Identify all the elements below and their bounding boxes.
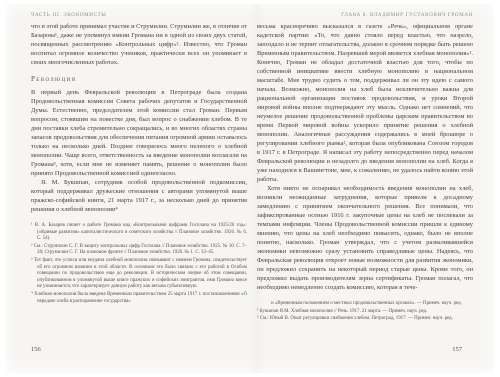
page-number-left: 156	[31, 346, 41, 353]
footnotes-block-left: ¹ В. А. Базаров пишет о работе Громана н…	[31, 223, 247, 305]
running-head-right: ГЛАВА 8. ВЛАДИМИР ГУСТАВОВИЧ ГРОМАН	[257, 13, 473, 18]
page-right: ГЛАВА 8. ВЛАДИМИР ГУСТАВОВИЧ ГРОМАН весь…	[250, 4, 494, 373]
footnote: ¹ Букшпан Я.М. Хлебная монополия // Речь…	[257, 309, 473, 316]
body-paragraph-continuation: весьма красноречиво высказался в газете …	[257, 22, 473, 184]
page-number-right: 157	[452, 346, 462, 353]
running-head-left: ЧАСТЬ III. ЭКОНОМИСТЫ	[31, 13, 247, 18]
footnotes-block-right: и «Временным положением о местных продов…	[257, 301, 473, 323]
body-paragraph: Хотя никто не оспаривал необходимость вв…	[257, 184, 473, 292]
footnote: ¹ В. А. Базаров пишет о работе Громана н…	[31, 223, 247, 243]
book-spread: ЧАСТЬ III. ЭКОНОМИСТЫ что в этой работе …	[6, 4, 494, 373]
section-heading: Революция	[31, 75, 247, 83]
footnote-continuation: и «Временным положением о местных продов…	[257, 301, 473, 308]
footnote: ⁴ Хлебная монополия была введена Временн…	[31, 292, 247, 305]
footnote: ³ Тот факт, что успехи или неудачи хлебн…	[31, 258, 247, 291]
footnote: ² См.: Юный В. Опыт регулировки снабжени…	[257, 316, 473, 323]
body-paragraph: В первый день Февральской революции в Пе…	[31, 88, 247, 178]
body-paragraph: Я. М. Букшпан, сотрудник особой продовол…	[31, 178, 247, 214]
footnote: ² См.: Струмилин С. Г. В защиту контроль…	[31, 244, 247, 257]
body-paragraph-continuation: что в этой работе принимал участие и Стр…	[31, 22, 247, 67]
book-scan: ЧАСТЬ III. ЭКОНОМИСТЫ что в этой работе …	[0, 0, 500, 377]
page-left: ЧАСТЬ III. ЭКОНОМИСТЫ что в этой работе …	[6, 4, 250, 373]
page-gutter	[250, 4, 264, 373]
